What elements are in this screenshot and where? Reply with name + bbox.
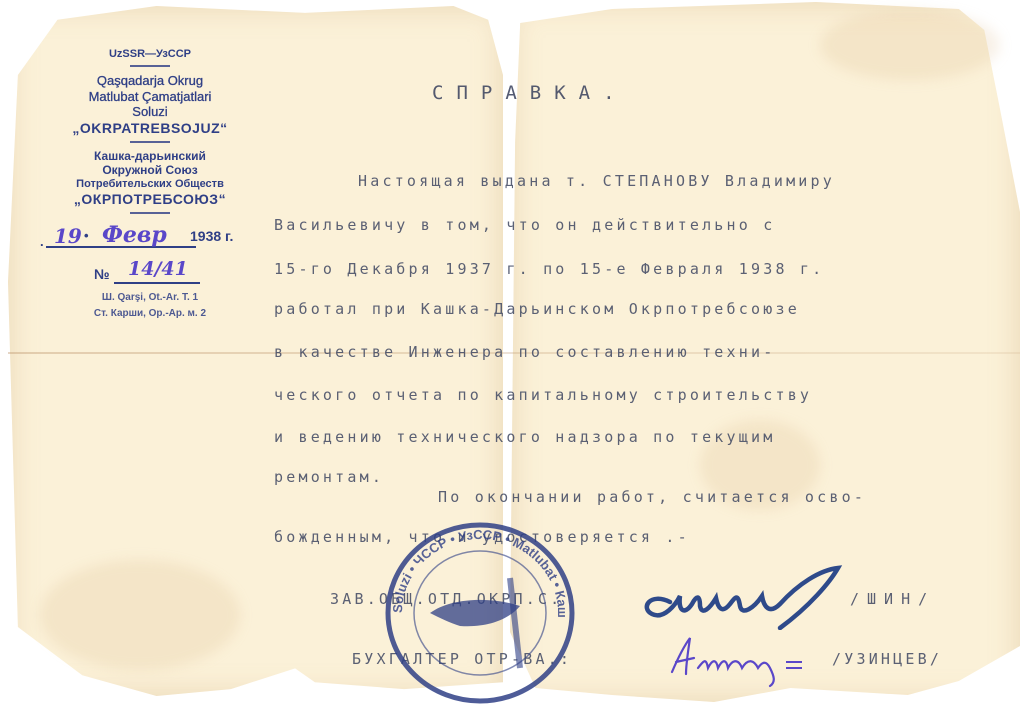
signature-name-head: /ШИН/	[850, 590, 935, 608]
signature-name-accountant: /УЗИНЦЕВ/	[832, 650, 942, 668]
round-seal-icon: Soluzi • ЧССР • УзССР • Matlubat • Кашка…	[380, 518, 580, 708]
divider	[130, 141, 170, 143]
stamp-latin-line: Matlubat Çamatjatlari	[40, 89, 260, 105]
address-line: Ш. Qarşi, Ot.-Ar. Т. 1	[40, 290, 260, 306]
body-line: По окончании работ, считается осво-	[438, 488, 866, 506]
stain	[820, 10, 1000, 80]
stamp-address: Ш. Qarşi, Ot.-Ar. Т. 1 Ст. Карши, Ор.-Ар…	[40, 290, 260, 322]
letterhead-stamp: UzSSR—УзССР Qaşqadarja Okrug Matlubat Ça…	[40, 48, 260, 322]
document-title: СПРАВКА.	[432, 82, 628, 104]
body-line: 15-го Декабря 1937 г. по 15-е Февраля 19…	[274, 260, 824, 278]
date-year: 1938 г.	[190, 228, 233, 244]
body-line: работал при Кашка-Дарьинском Окрпотребсо…	[274, 300, 800, 318]
stamp-cyrillic-line: Окружной Союз	[40, 163, 260, 177]
body-line: Васильевичу в том, что он действительно …	[274, 216, 775, 234]
stamp-latin-line: „OKRPATREBSOJUZ“	[40, 120, 260, 137]
stamp-top-line: UzSSR—УзССР	[40, 48, 260, 61]
date-day: 19	[54, 224, 82, 248]
stamp-cyrillic-line: Потребительских Обществ	[40, 178, 260, 191]
number-label: №	[94, 266, 110, 282]
body-line: ремонтам.	[274, 468, 384, 486]
divider	[130, 65, 170, 67]
stamp-number: № 14/41	[40, 258, 260, 284]
stamp-latin-line: Soluzi	[40, 104, 260, 120]
body-line: в качестве Инженера по составлению техни…	[274, 343, 775, 361]
number-value: 14/41	[128, 258, 188, 280]
stamp-cyrillic-line: Кашка-дарьинский	[40, 149, 260, 163]
body-line: Настоящая выдана т. СТЕПАНОВУ Владимиру	[358, 172, 835, 190]
divider	[130, 212, 170, 214]
signature-accountant-icon	[662, 628, 832, 688]
address-line: Ст. Карши, Ор.-Ар. м. 2	[40, 306, 260, 322]
body-line: и ведению технического надзора по текущи…	[274, 428, 775, 446]
signature-head-icon	[630, 560, 860, 630]
stamp-latin-line: Qaşqadarja Okrug	[40, 73, 260, 89]
stamp-cyrillic-line: „ОКРПОТРЕБСОЮЗ“	[40, 191, 260, 208]
stamp-date: . 19 • Февр 1938 г.	[40, 224, 260, 250]
body-line: ческого отчета по капитальному строитель…	[274, 386, 812, 404]
date-month: Февр	[102, 222, 167, 248]
stain	[40, 560, 240, 670]
